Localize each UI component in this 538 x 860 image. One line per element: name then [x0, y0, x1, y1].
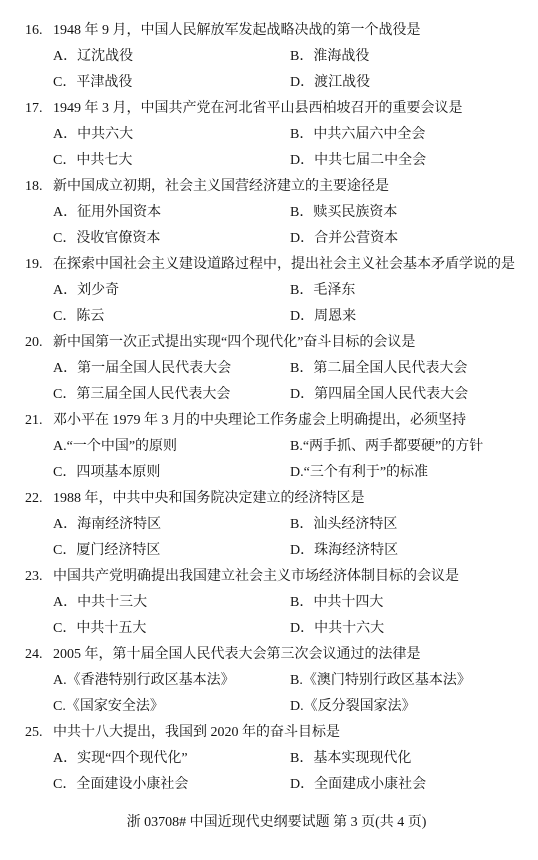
question-stem: 1949 年 3 月，中国共产党在河北省平山县西柏坡召开的重要会议是 — [53, 101, 463, 116]
question-stem-row: 22.1988 年，中共中央和国务院决定建立的经济特区是 — [25, 486, 528, 512]
question-stem-row: 17.1949 年 3 月，中国共产党在河北省平山县西柏坡召开的重要会议是 — [25, 96, 528, 122]
question-stem: 1988 年，中共中央和国务院决定建立的经济特区是 — [53, 491, 365, 506]
option-b: B．基本实现现代化 — [290, 746, 528, 772]
option-c: C．第三届全国人民代表大会 — [53, 382, 290, 408]
option-d: D.“三个有利于”的标准 — [290, 460, 528, 486]
question-number: 22. — [25, 486, 53, 512]
option-a: A．刘少奇 — [53, 278, 290, 304]
question-stem: 1948 年 9 月，中国人民解放军发起战略决战的第一个战役是 — [53, 23, 421, 38]
option-c: C．陈云 — [53, 304, 290, 330]
option-b: B.“两手抓、两手都要硬”的方针 — [290, 434, 528, 460]
option-c: C．没收官僚资本 — [53, 226, 290, 252]
question-number: 18. — [25, 174, 53, 200]
question-stem: 邓小平在 1979 年 3 月的中央理论工作务虚会上明确提出，必须坚持 — [53, 413, 466, 428]
question-options: A．第一届全国人民代表大会 B．第二届全国人民代表大会 C．第三届全国人民代表大… — [25, 356, 528, 408]
option-c: C．四项基本原则 — [53, 460, 290, 486]
option-a: A．海南经济特区 — [53, 512, 290, 538]
question-stem-row: 16.1948 年 9 月，中国人民解放军发起战略决战的第一个战役是 — [25, 18, 528, 44]
question-item: 17.1949 年 3 月，中国共产党在河北省平山县西柏坡召开的重要会议是 A．… — [25, 96, 528, 174]
option-d: D．第四届全国人民代表大会 — [290, 382, 528, 408]
question-item: 25.中共十八大提出，我国到 2020 年的奋斗目标是 A．实现“四个现代化” … — [25, 720, 528, 798]
option-d: D.《反分裂国家法》 — [290, 694, 528, 720]
question-stem-row: 23.中国共产党明确提出我国建立社会主义市场经济体制目标的会议是 — [25, 564, 528, 590]
option-d: D．合并公营资本 — [290, 226, 528, 252]
question-options: A.“一个中国”的原则 B.“两手抓、两手都要硬”的方针 C．四项基本原则 D.… — [25, 434, 528, 486]
question-stem: 新中国成立初期，社会主义国营经济建立的主要途径是 — [53, 179, 389, 194]
option-d: D．珠海经济特区 — [290, 538, 528, 564]
question-item: 19.在探索中国社会主义建设道路过程中，提出社会主义社会基本矛盾学说的是 A．刘… — [25, 252, 528, 330]
option-b: B．中共十四大 — [290, 590, 528, 616]
question-item: 24.2005 年，第十届全国人民代表大会第三次会议通过的法律是 A.《香港特别… — [25, 642, 528, 720]
option-a: A．征用外国资本 — [53, 200, 290, 226]
option-a: A．实现“四个现代化” — [53, 746, 290, 772]
question-stem-row: 18.新中国成立初期，社会主义国营经济建立的主要途径是 — [25, 174, 528, 200]
option-b: B．中共六届六中全会 — [290, 122, 528, 148]
option-b: B.《澳门特别行政区基本法》 — [290, 668, 528, 694]
option-a: A.《香港特别行政区基本法》 — [53, 668, 290, 694]
question-stem: 2005 年，第十届全国人民代表大会第三次会议通过的法律是 — [53, 647, 421, 662]
question-number: 16. — [25, 18, 53, 44]
question-options: A.《香港特别行政区基本法》 B.《澳门特别行政区基本法》 C.《国家安全法》 … — [25, 668, 528, 720]
question-item: 22.1988 年，中共中央和国务院决定建立的经济特区是 A．海南经济特区 B．… — [25, 486, 528, 564]
option-c: C．全面建设小康社会 — [53, 772, 290, 798]
option-d: D．渡江战役 — [290, 70, 528, 96]
option-c: C.《国家安全法》 — [53, 694, 290, 720]
question-options: A．中共六大 B．中共六届六中全会 C．中共七大 D．中共七届二中全会 — [25, 122, 528, 174]
question-stem: 新中国第一次正式提出实现“四个现代化”奋斗目标的会议是 — [53, 335, 415, 350]
question-stem: 中国共产党明确提出我国建立社会主义市场经济体制目标的会议是 — [53, 569, 459, 584]
option-a: A．中共十三大 — [53, 590, 290, 616]
question-stem-row: 21.邓小平在 1979 年 3 月的中央理论工作务虚会上明确提出，必须坚持 — [25, 408, 528, 434]
question-options: A．征用外国资本 B．赎买民族资本 C．没收官僚资本 D．合并公营资本 — [25, 200, 528, 252]
question-number: 25. — [25, 720, 53, 746]
page-footer: 浙 03708# 中国近现代史纲要试题 第 3 页(共 4 页) — [25, 810, 528, 836]
question-item: 16.1948 年 9 月，中国人民解放军发起战略决战的第一个战役是 A．辽沈战… — [25, 18, 528, 96]
option-a: A．第一届全国人民代表大会 — [53, 356, 290, 382]
option-c: C．厦门经济特区 — [53, 538, 290, 564]
question-stem-row: 19.在探索中国社会主义建设道路过程中，提出社会主义社会基本矛盾学说的是 — [25, 252, 528, 278]
question-options: A．实现“四个现代化” B．基本实现现代化 C．全面建设小康社会 D．全面建成小… — [25, 746, 528, 798]
question-number: 24. — [25, 642, 53, 668]
option-b: B．第二届全国人民代表大会 — [290, 356, 528, 382]
question-list: 16.1948 年 9 月，中国人民解放军发起战略决战的第一个战役是 A．辽沈战… — [25, 18, 528, 798]
option-d: D．中共七届二中全会 — [290, 148, 528, 174]
question-stem-row: 25.中共十八大提出，我国到 2020 年的奋斗目标是 — [25, 720, 528, 746]
question-stem: 在探索中国社会主义建设道路过程中，提出社会主义社会基本矛盾学说的是 — [53, 257, 515, 272]
question-number: 17. — [25, 96, 53, 122]
option-a: A．中共六大 — [53, 122, 290, 148]
exam-page: 16.1948 年 9 月，中国人民解放军发起战略决战的第一个战役是 A．辽沈战… — [0, 0, 538, 860]
question-options: A．中共十三大 B．中共十四大 C．中共十五大 D．中共十六大 — [25, 590, 528, 642]
option-a: A．辽沈战役 — [53, 44, 290, 70]
question-stem: 中共十八大提出，我国到 2020 年的奋斗目标是 — [53, 725, 340, 740]
question-number: 23. — [25, 564, 53, 590]
option-b: B．汕头经济特区 — [290, 512, 528, 538]
question-stem-row: 20.新中国第一次正式提出实现“四个现代化”奋斗目标的会议是 — [25, 330, 528, 356]
option-c: C．中共七大 — [53, 148, 290, 174]
option-d: D．全面建成小康社会 — [290, 772, 528, 798]
option-b: B．淮海战役 — [290, 44, 528, 70]
question-number: 19. — [25, 252, 53, 278]
question-item: 21.邓小平在 1979 年 3 月的中央理论工作务虚会上明确提出，必须坚持 A… — [25, 408, 528, 486]
question-options: A．刘少奇 B．毛泽东 C．陈云 D．周恩来 — [25, 278, 528, 330]
question-stem-row: 24.2005 年，第十届全国人民代表大会第三次会议通过的法律是 — [25, 642, 528, 668]
question-options: A．辽沈战役 B．淮海战役 C．平津战役 D．渡江战役 — [25, 44, 528, 96]
option-a: A.“一个中国”的原则 — [53, 434, 290, 460]
question-options: A．海南经济特区 B．汕头经济特区 C．厦门经济特区 D．珠海经济特区 — [25, 512, 528, 564]
option-c: C．中共十五大 — [53, 616, 290, 642]
question-number: 21. — [25, 408, 53, 434]
option-d: D．周恩来 — [290, 304, 528, 330]
question-item: 23.中国共产党明确提出我国建立社会主义市场经济体制目标的会议是 A．中共十三大… — [25, 564, 528, 642]
question-number: 20. — [25, 330, 53, 356]
question-item: 20.新中国第一次正式提出实现“四个现代化”奋斗目标的会议是 A．第一届全国人民… — [25, 330, 528, 408]
option-b: B．毛泽东 — [290, 278, 528, 304]
option-b: B．赎买民族资本 — [290, 200, 528, 226]
option-c: C．平津战役 — [53, 70, 290, 96]
option-d: D．中共十六大 — [290, 616, 528, 642]
question-item: 18.新中国成立初期，社会主义国营经济建立的主要途径是 A．征用外国资本 B．赎… — [25, 174, 528, 252]
